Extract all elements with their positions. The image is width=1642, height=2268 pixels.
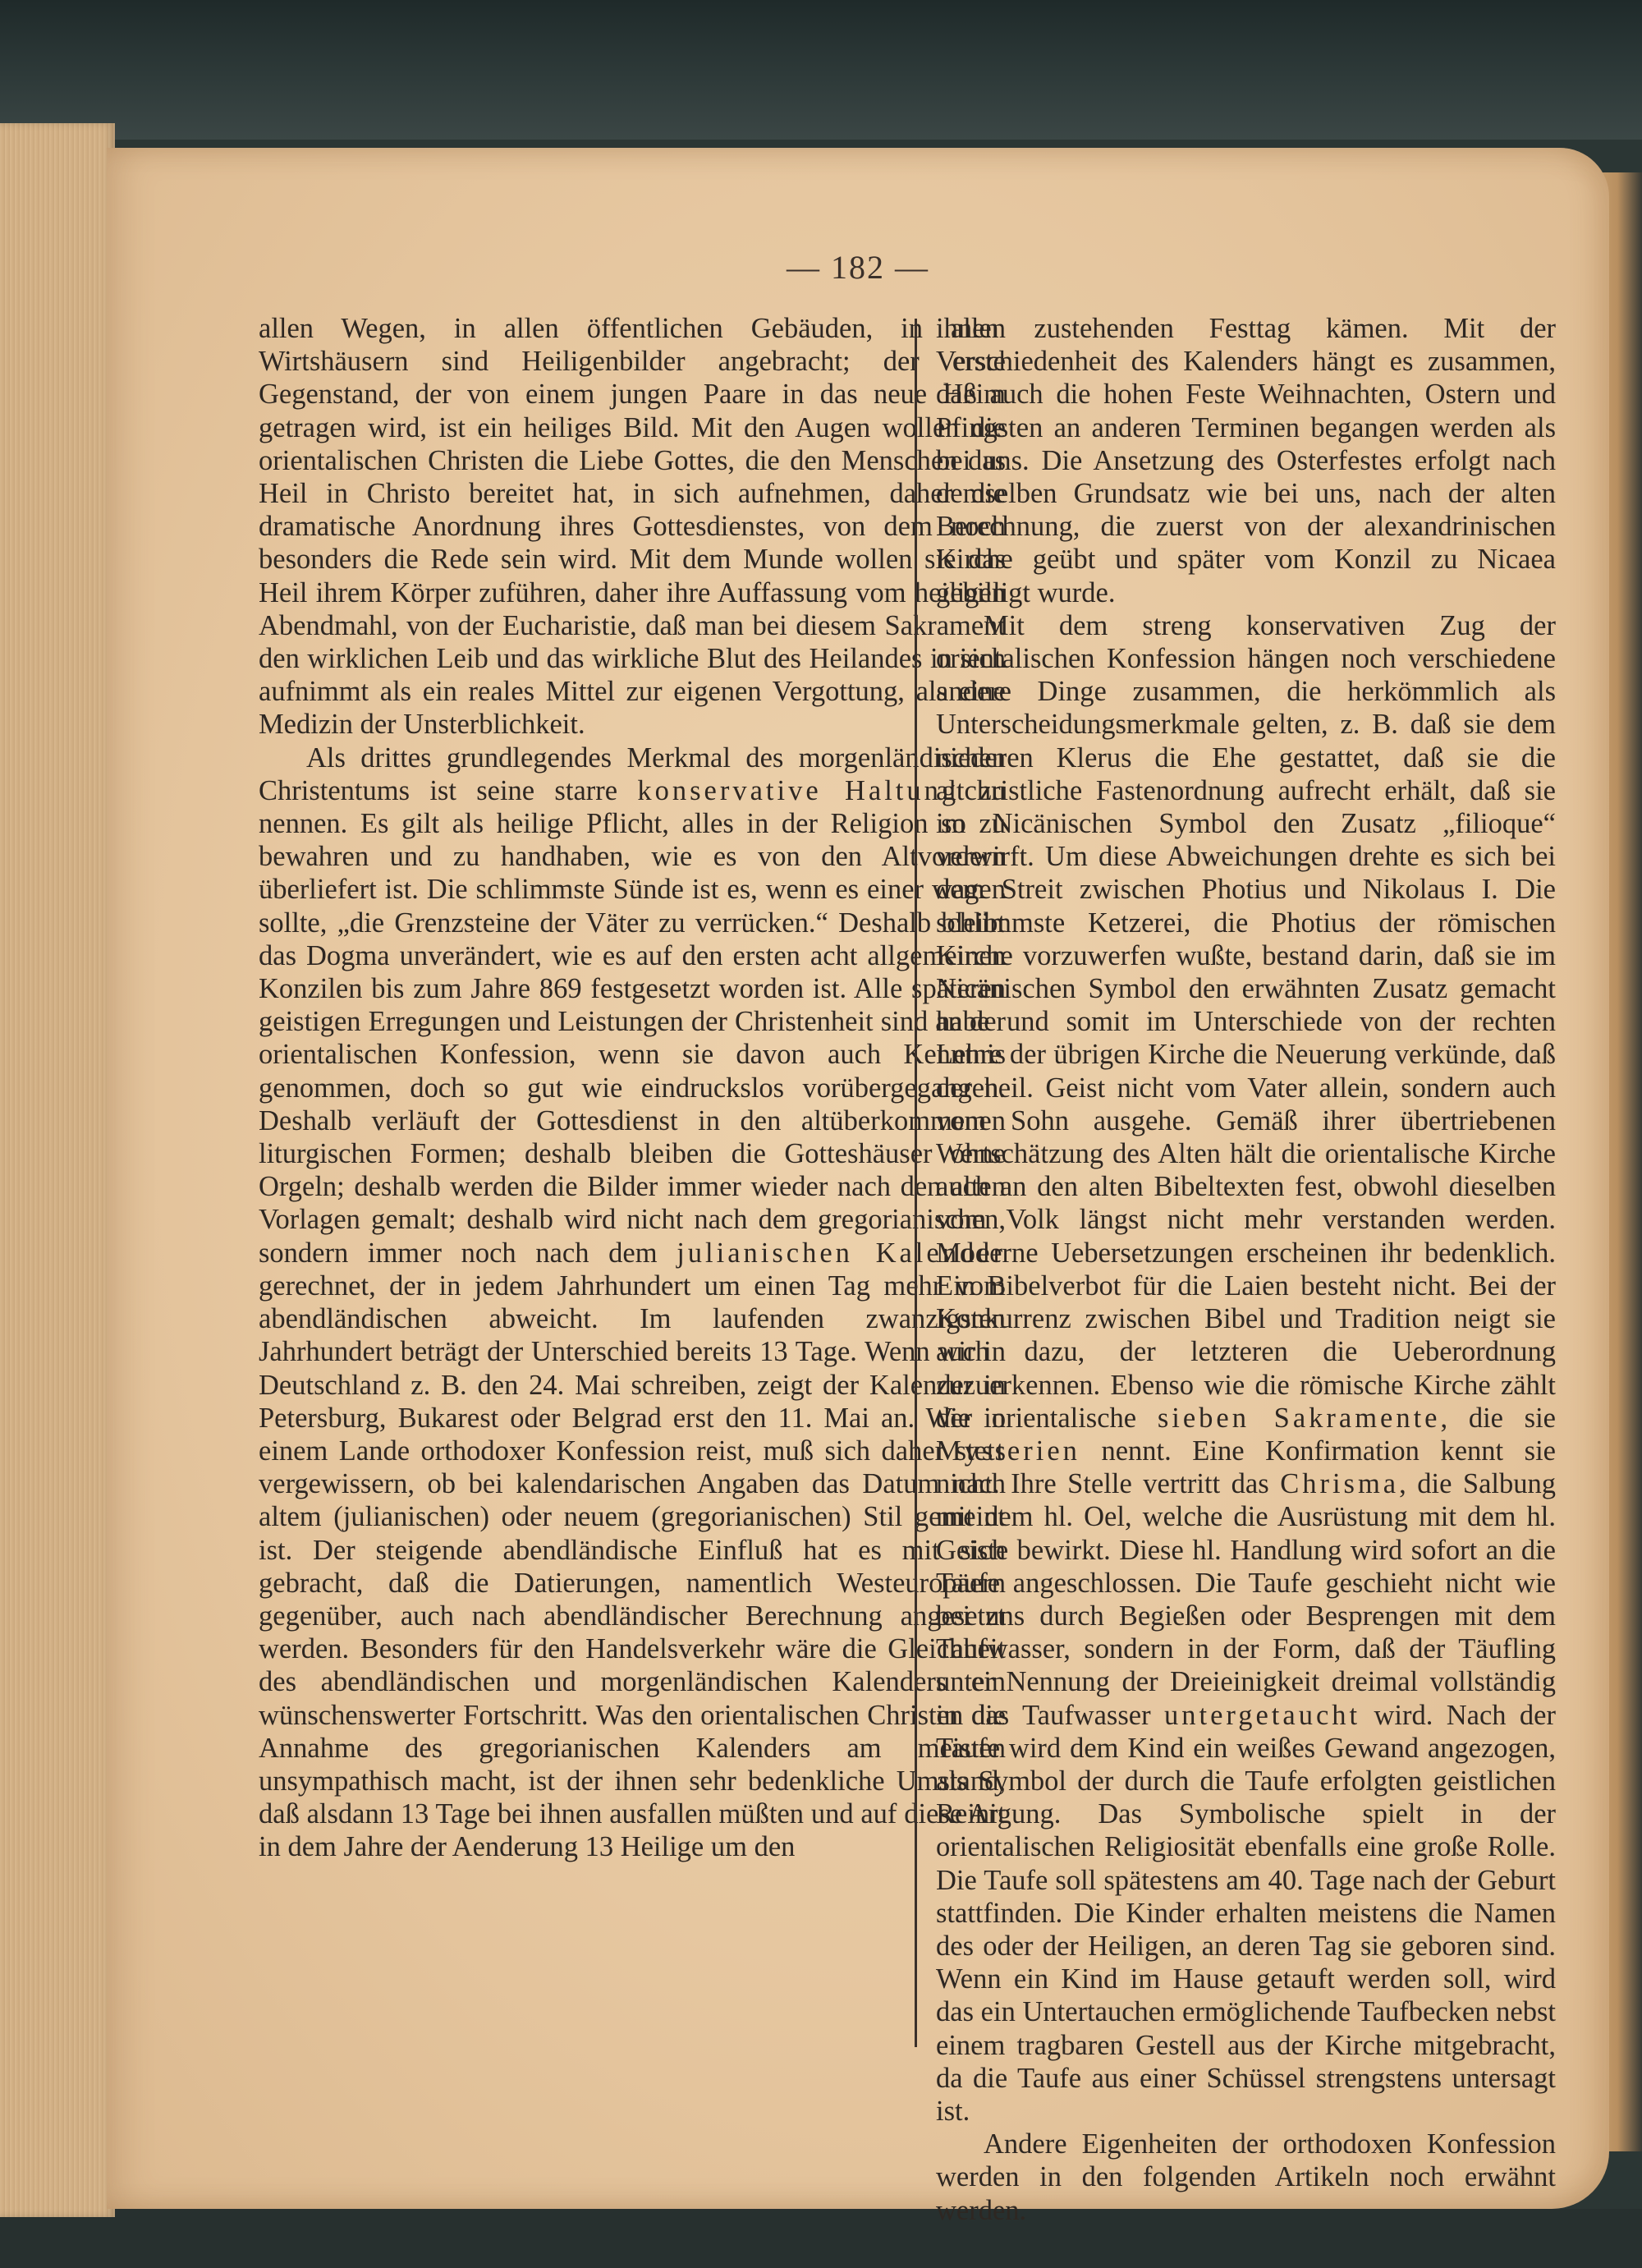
- text-run: Mit dem streng konservativen Zug der ori…: [936, 610, 1556, 1434]
- right-text-column: ihnen zustehenden Festtag kämen. Mit der…: [936, 312, 1556, 2227]
- paragraph: ihnen zustehenden Festtag kämen. Mit der…: [936, 312, 1556, 609]
- paragraph: Mit dem streng konservativen Zug der ori…: [936, 609, 1556, 2128]
- paragraph: Als drittes grundlegendes Merkmal des mo…: [259, 741, 1006, 1864]
- left-text-column: allen Wegen, in allen öffentlichen Gebäu…: [259, 312, 1006, 1864]
- emphasized-text: sieben Sakramente: [1158, 1403, 1441, 1434]
- emphasized-text: untergetaucht: [1164, 1700, 1360, 1731]
- column-divider: [915, 319, 917, 2047]
- page-number: — 182 —: [107, 248, 1609, 287]
- paragraph: Andere Eigenheiten der orthodoxen Konfes…: [936, 2128, 1556, 2227]
- emphasized-text: Mysterien: [936, 1435, 1080, 1467]
- emphasized-text: konservative Haltung: [637, 775, 959, 806]
- book-cover-top: [0, 0, 1642, 140]
- text-run: , die sie: [1441, 1403, 1557, 1434]
- text-run: wird. Nach der Taufe wird dem Kind ein w…: [936, 1700, 1556, 2127]
- emphasized-text: Chrisma: [1280, 1468, 1399, 1499]
- paragraph: allen Wegen, in allen öffentlichen Gebäu…: [259, 312, 1006, 741]
- page-stack-left-edge: [0, 123, 115, 2217]
- book-page: — 182 — allen Wegen, in allen öffentlich…: [107, 148, 1609, 2209]
- text-run: , die Salbung mit dem hl. Oel, welche di…: [936, 1468, 1556, 1730]
- text-run: gerechnet, der in jedem Jahrhundert um e…: [259, 1270, 1006, 1862]
- text-run: zu nennen. Es gilt als heilige Pflicht, …: [259, 775, 1006, 1269]
